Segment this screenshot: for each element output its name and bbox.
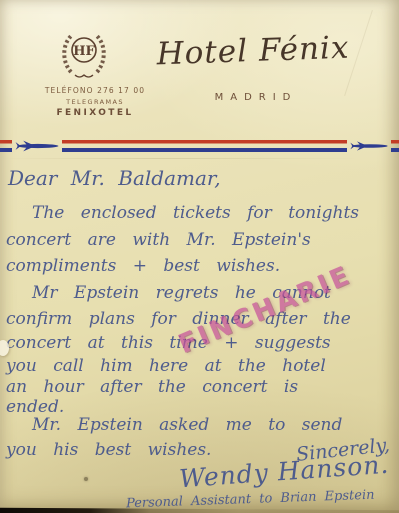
letter-paper: HF TELÉFONO 276 17 00 TELEGRAMAS FENIXOT… [0,0,399,513]
letter-line: you call him here at the hotel [6,356,397,377]
laurel-wreath-icon: HF [58,31,110,81]
decorative-stripe [0,140,12,152]
hotel-monogram-logo: HF [58,31,110,83]
telephone-line: TELÉFONO 276 17 00 [28,86,162,95]
monogram-text: HF [73,44,95,59]
scanned-letter: HF TELÉFONO 276 17 00 TELEGRAMAS FENIXOT… [0,0,399,513]
telegrams-name: FENIXOTEL [28,108,162,118]
city-name: MADRID [150,92,355,103]
airplane-icon [349,137,389,155]
hotel-name: Hotel Fénix [137,29,368,73]
airplane-icon [14,137,60,155]
letter-line: an hour after the concert is [6,377,397,397]
decorative-stripe [391,140,399,152]
divider-band [0,139,399,153]
letter-line: The enclosed tickets for tonights [6,203,397,230]
letter-line: ended. [6,397,397,415]
paper-stain [84,477,88,481]
letter-line: concert are with Mr. Epstein's [6,230,397,256]
letter-line: Mr. Epstein asked me to send [6,415,397,440]
salutation: Dear Mr. Baldamar, [8,166,221,190]
telegrams-label: TELEGRAMAS [28,98,162,106]
decorative-stripe [62,140,347,152]
letterhead-contact: TELÉFONO 276 17 00 TELEGRAMAS FENIXOTEL [28,86,162,118]
paper-crease [0,158,399,159]
signature-title: Personal Assistant to Brian Epstein [126,488,375,512]
